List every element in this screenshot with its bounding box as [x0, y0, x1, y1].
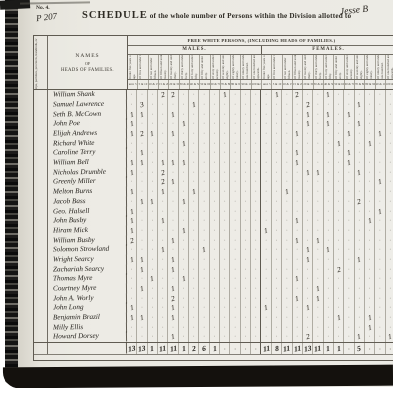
tally-cell: · — [260, 274, 271, 284]
tally-cell: 1 — [293, 294, 303, 304]
empty-cell-dot: · — [141, 92, 143, 98]
tally-cell: · — [282, 245, 292, 255]
empty-cell-dot: · — [213, 189, 215, 195]
empty-cell-dot: · — [224, 141, 226, 147]
tally-cell: · — [282, 158, 292, 168]
tally-mark: 1 — [294, 148, 300, 158]
tally-cell: · — [137, 303, 147, 313]
tally-cell: 1 — [365, 323, 375, 333]
empty-cell-dot: · — [203, 325, 205, 331]
tally-mark: 1 — [377, 177, 383, 187]
empty-cell-dot: · — [317, 267, 319, 273]
empty-cell-dot: · — [244, 257, 246, 263]
tally-cell: · — [148, 177, 158, 187]
tally-cell: · — [375, 148, 385, 158]
empty-cell-dot: · — [369, 209, 371, 215]
tally-mark: 1 — [305, 245, 311, 255]
tally-cell: · — [158, 274, 168, 284]
total-value: 11 — [169, 343, 178, 354]
tally-cell: · — [158, 226, 168, 236]
tally-cell: · — [344, 313, 354, 323]
tally-cell: · — [355, 245, 365, 255]
tally-mark: 1 — [160, 158, 166, 168]
tally-cell: · — [334, 236, 344, 246]
empty-cell-dot: · — [296, 121, 298, 127]
tally-cell: · — [179, 129, 189, 139]
tally-cell: 1 — [189, 100, 199, 110]
empty-cell-dot: · — [265, 170, 267, 176]
empty-cell-dot: · — [141, 179, 143, 185]
empty-cell-dot: · — [327, 199, 329, 205]
tally-mark: 1 — [305, 168, 311, 178]
males-header: MALES. — [128, 46, 262, 54]
totals-cell: 1 — [148, 343, 158, 354]
empty-cell-dot: · — [224, 305, 226, 311]
empty-cell-dot: · — [296, 179, 298, 185]
tally-cell: · — [220, 274, 230, 284]
empty-cell-dot: · — [348, 296, 350, 302]
empty-cell-dot: · — [369, 267, 371, 273]
empty-cell-dot: · — [307, 276, 309, 282]
table-row: Thomas Myre··1··1··········1········· — [34, 274, 393, 284]
tally-mark: 1 — [377, 129, 383, 139]
empty-cell-dot: · — [275, 150, 277, 156]
tally-cell: · — [158, 265, 168, 275]
empty-cell-dot: · — [151, 92, 153, 98]
empty-cell-dot: · — [358, 131, 360, 137]
tally-cell: · — [355, 148, 365, 158]
age-column-label-text: Of seventy and under eighty. — [355, 55, 365, 79]
table-row: Benjamin Brazil11··1···············1··1·… — [34, 313, 393, 323]
tally-cell: 1 — [127, 216, 137, 226]
empty-total-dot: · — [379, 347, 381, 353]
empty-cell-dot: · — [162, 296, 164, 302]
district-cell — [34, 274, 48, 284]
tally-cell: · — [137, 323, 147, 333]
tally-cell: · — [272, 207, 282, 217]
empty-cell-dot: · — [379, 150, 381, 156]
tally-cell: · — [303, 207, 313, 217]
empty-cell-dot: · — [213, 267, 215, 273]
empty-cell-dot: · — [234, 238, 236, 244]
empty-cell-dot: · — [317, 160, 319, 166]
tally-cell: · — [375, 110, 385, 120]
tally-mark: 1 — [346, 110, 352, 120]
tally-cell: · — [260, 158, 271, 168]
tally-cell: · — [303, 177, 313, 187]
tally-cell: · — [334, 274, 344, 284]
empty-cell-dot: · — [193, 199, 195, 205]
tally-mark: 1 — [139, 110, 145, 120]
empty-cell-dot: · — [151, 121, 153, 127]
tally-mark: 1 — [356, 119, 362, 129]
empty-cell-dot: · — [317, 179, 319, 185]
tally-cell: · — [303, 187, 313, 197]
tally-cell: 1 — [386, 332, 393, 342]
tally-mark: 2 — [305, 100, 311, 110]
empty-cell-dot: · — [162, 257, 164, 263]
empty-cell-dot: · — [296, 199, 298, 205]
tally-cell: · — [260, 90, 271, 100]
empty-cell-dot: · — [327, 141, 329, 147]
empty-cell-dot: · — [255, 131, 257, 137]
tally-cell: · — [344, 332, 354, 342]
empty-cell-dot: · — [244, 247, 246, 253]
empty-cell-dot: · — [213, 325, 215, 331]
empty-cell-dot: · — [141, 189, 143, 195]
tally-cell: · — [210, 294, 220, 304]
empty-cell-dot: · — [193, 150, 195, 156]
table-row: Elijah Andrews121·1···········1····1··1· — [34, 129, 393, 139]
tally-cell: · — [230, 274, 240, 284]
tally-cell: · — [293, 100, 303, 110]
tally-cell: · — [365, 148, 375, 158]
empty-cell-dot: · — [203, 170, 205, 176]
empty-cell-dot: · — [224, 238, 226, 244]
age-column-label: Of thirty and under forty. — [314, 55, 324, 79]
age-column-label-text: Of twenty and under thirty. — [303, 55, 313, 79]
tally-cell: · — [230, 255, 240, 265]
empty-cell-dot: · — [286, 150, 288, 156]
tally-cell: · — [386, 100, 393, 110]
tally-cell: · — [324, 148, 334, 158]
empty-cell-dot: · — [141, 334, 143, 340]
tally-cell: · — [344, 323, 354, 333]
age-column-abbrev: 15 & 20 — [293, 80, 303, 89]
totals-cell: 11 — [293, 343, 303, 354]
empty-cell-dot: · — [327, 102, 329, 108]
tally-cell: · — [386, 294, 393, 304]
tally-cell: · — [260, 265, 271, 275]
tally-cell: · — [334, 100, 344, 110]
empty-cell-dot: · — [234, 199, 236, 205]
empty-cell-dot: · — [296, 209, 298, 215]
tally-cell: · — [241, 158, 251, 168]
tally-cell: · — [324, 187, 334, 197]
empty-cell-dot: · — [244, 286, 246, 292]
tally-mark: 1 — [170, 265, 176, 275]
tally-mark: 1 — [170, 332, 176, 342]
empty-cell-dot: · — [234, 325, 236, 331]
empty-cell-dot: · — [203, 102, 205, 108]
tally-cell: · — [272, 119, 282, 129]
district-cell — [34, 187, 48, 197]
empty-cell-dot: · — [286, 179, 288, 185]
table-row: Jacob Bass·11··1················2··· — [34, 197, 393, 207]
empty-cell-dot: · — [203, 160, 205, 166]
tally-cell: · — [355, 90, 365, 100]
empty-cell-dot: · — [389, 179, 391, 185]
tally-cell: · — [137, 236, 147, 246]
empty-cell-dot: · — [193, 179, 195, 185]
tally-cell: · — [189, 119, 199, 129]
tally-cell: · — [344, 294, 354, 304]
tally-cell: · — [158, 236, 168, 246]
empty-cell-dot: · — [244, 92, 246, 98]
empty-cell-dot: · — [255, 286, 257, 292]
tally-cell: · — [313, 100, 323, 110]
tally-cell: · — [137, 332, 147, 342]
empty-cell-dot: · — [182, 247, 184, 253]
table-row: Hiram Mick1····1·······1············ — [34, 226, 393, 236]
tally-mark: 2 — [160, 168, 166, 178]
empty-cell-dot: · — [389, 247, 391, 253]
tally-cell: · — [158, 332, 168, 342]
empty-cell-dot: · — [358, 238, 360, 244]
tally-cell: · — [158, 294, 168, 304]
tally-cell: · — [241, 216, 251, 226]
tally-cell: · — [179, 90, 189, 100]
tally-cell: · — [272, 187, 282, 197]
empty-cell-dot: · — [131, 179, 133, 185]
total-value: 13 — [127, 343, 136, 354]
empty-cell-dot: · — [389, 131, 391, 137]
tally-cell: · — [220, 187, 230, 197]
tally-cell: 1 — [127, 119, 137, 129]
tally-cell: · — [282, 284, 292, 294]
empty-cell-dot: · — [379, 267, 381, 273]
empty-cell-dot: · — [348, 238, 350, 244]
tally-cell: · — [168, 245, 178, 255]
age-column-label: Of fifty and under sixty. — [200, 55, 210, 79]
empty-cell-dot: · — [369, 238, 371, 244]
empty-cell-dot: · — [224, 121, 226, 127]
tally-mark: 1 — [129, 207, 135, 217]
tally-cell: · — [199, 177, 209, 187]
tally-cell: · — [272, 265, 282, 275]
tally-cell: · — [189, 168, 199, 178]
empty-cell-dot: · — [369, 92, 371, 98]
head-of-family-name: Samuel Lawrence — [48, 99, 127, 110]
empty-cell-dot: · — [286, 102, 288, 108]
empty-cell-dot: · — [255, 150, 257, 156]
empty-cell-dot: · — [338, 189, 340, 195]
tally-cell: · — [386, 265, 393, 275]
males-females-header: MALES. FEMALES. — [128, 46, 393, 55]
empty-cell-dot: · — [255, 228, 257, 234]
tally-cell: · — [375, 313, 385, 323]
age-column-label: Of fifty and under sixty. — [334, 55, 344, 79]
tally-cell: · — [313, 90, 323, 100]
tally-cell: · — [241, 265, 251, 275]
table-bottom-strip — [34, 354, 393, 360]
tally-cell: 2 — [158, 177, 168, 187]
empty-cell-dot: · — [162, 112, 164, 118]
empty-cell-dot: · — [317, 189, 319, 195]
empty-cell-dot: · — [255, 325, 257, 331]
tally-cell: · — [220, 207, 230, 217]
age-column-abbrev: 40 & 50 — [324, 80, 334, 89]
tally-cell: 1 — [260, 303, 271, 313]
tally-cell: · — [241, 168, 251, 178]
empty-cell-dot: · — [389, 257, 391, 263]
tally-cell: · — [158, 284, 168, 294]
empty-cell-dot: · — [296, 247, 298, 253]
empty-cell-dot: · — [358, 150, 360, 156]
empty-cell-dot: · — [379, 189, 381, 195]
age-column-label-text: Of sixty and under seventy. — [211, 55, 221, 79]
empty-cell-dot: · — [389, 170, 391, 176]
empty-cell-dot: · — [327, 189, 329, 195]
empty-cell-dot: · — [275, 267, 277, 273]
tally-cell: · — [158, 197, 168, 207]
age-column-abbrev: 30 & 40 — [180, 80, 190, 89]
tally-cell: 1 — [168, 332, 178, 342]
tally-cell: · — [313, 245, 323, 255]
empty-cell-dot: · — [265, 296, 267, 302]
tally-cell: · — [344, 216, 354, 226]
tally-cell: 1 — [324, 245, 334, 255]
empty-cell-dot: · — [379, 325, 381, 331]
tally-cell: · — [355, 216, 365, 226]
empty-cell-dot: · — [389, 286, 391, 292]
empty-cell-dot: · — [182, 189, 184, 195]
empty-cell-dot: · — [244, 112, 246, 118]
tally-cell: · — [127, 274, 137, 284]
age-column-label: Of twenty and under thirty. — [169, 55, 179, 79]
tally-mark: 3 — [139, 100, 145, 110]
tally-cell: · — [179, 265, 189, 275]
tally-cell: 1 — [303, 255, 313, 265]
empty-cell-dot: · — [224, 199, 226, 205]
age-column-label-text: Of ten and under fifteen. — [283, 55, 293, 79]
tally-cell: · — [230, 168, 240, 178]
tally-cell: · — [355, 294, 365, 304]
tally-cell: · — [282, 255, 292, 265]
tally-cell: · — [324, 294, 334, 304]
empty-cell-dot: · — [182, 267, 184, 273]
tally-cell: 1 — [375, 177, 385, 187]
empty-cell-dot: · — [193, 92, 195, 98]
tally-cell: · — [313, 323, 323, 333]
tally-cell: · — [168, 139, 178, 149]
empty-cell-dot: · — [296, 334, 298, 340]
tally-cell: · — [189, 265, 199, 275]
empty-cell-dot: · — [255, 315, 257, 321]
tally-cell: · — [334, 148, 344, 158]
tally-cell: 2 — [355, 197, 365, 207]
tally-mark: 1 — [356, 168, 362, 178]
age-column-label: Of fifteen and under twenty. — [159, 55, 169, 79]
tally-cell: · — [137, 119, 147, 129]
tally-cell: · — [148, 100, 158, 110]
empty-cell-dot: · — [338, 296, 340, 302]
age-column-abbrev: 5 & 10 — [138, 80, 148, 89]
tally-cell: 1 — [313, 168, 323, 178]
empty-cell-dot: · — [389, 160, 391, 166]
tally-cell: 1 — [127, 207, 137, 217]
empty-cell-dot: · — [369, 305, 371, 311]
tally-cell: · — [365, 226, 375, 236]
tally-cell: · — [272, 284, 282, 294]
empty-cell-dot: · — [338, 257, 340, 263]
empty-cell-dot: · — [379, 238, 381, 244]
tally-cell: · — [230, 158, 240, 168]
tally-cell: · — [189, 284, 199, 294]
empty-cell-dot: · — [379, 315, 381, 321]
empty-cell-dot: · — [162, 325, 164, 331]
empty-cell-dot: · — [255, 218, 257, 224]
tally-cell: · — [189, 303, 199, 313]
table-row: Wright Searcy11··1············1····1··· — [34, 255, 393, 265]
empty-cell-dot: · — [151, 102, 153, 108]
tally-cell: · — [344, 177, 354, 187]
empty-cell-dot: · — [379, 257, 381, 263]
empty-cell-dot: · — [348, 170, 350, 176]
empty-cell-dot: · — [338, 286, 340, 292]
tally-cell: · — [293, 245, 303, 255]
tally-cell: · — [189, 245, 199, 255]
empty-cell-dot: · — [348, 218, 350, 224]
tally-cell: · — [189, 90, 199, 100]
age-column-label-text: Of five and under ten. — [272, 55, 282, 79]
tally-cell: · — [282, 129, 292, 139]
tally-cell: · — [293, 313, 303, 323]
tally-cell: · — [158, 129, 168, 139]
empty-cell-dot: · — [348, 257, 350, 263]
tally-cell: · — [282, 139, 292, 149]
empty-cell-dot: · — [193, 257, 195, 263]
tally-cell: · — [375, 197, 385, 207]
empty-cell-dot: · — [358, 209, 360, 215]
empty-cell-dot: · — [317, 102, 319, 108]
tally-cell: · — [179, 255, 189, 265]
empty-cell-dot: · — [286, 267, 288, 273]
tally-cell: · — [375, 100, 385, 110]
tally-mark: 1 — [367, 313, 373, 323]
tally-cell: · — [199, 207, 209, 217]
tally-cell: · — [158, 303, 168, 313]
empty-cell-dot: · — [213, 334, 215, 340]
empty-cell-dot: · — [286, 218, 288, 224]
tally-cell: · — [272, 158, 282, 168]
tally-cell: · — [313, 274, 323, 284]
table-row: William Bell11·111··········1····1···· — [34, 158, 393, 168]
tally-cell: · — [158, 139, 168, 149]
tally-cell: · — [127, 177, 137, 187]
district-cell — [34, 313, 48, 323]
tally-cell: · — [375, 158, 385, 168]
empty-cell-dot: · — [327, 160, 329, 166]
empty-cell-dot: · — [265, 334, 267, 340]
tally-cell: · — [282, 274, 292, 284]
empty-cell-dot: · — [255, 170, 257, 176]
tally-cell: · — [189, 226, 199, 236]
tally-cell: · — [210, 110, 220, 120]
empty-cell-dot: · — [286, 305, 288, 311]
tally-cell: · — [282, 294, 292, 304]
tally-mark: 1 — [284, 187, 290, 197]
tally-cell: · — [375, 265, 385, 275]
empty-cell-dot: · — [369, 228, 371, 234]
totals-cell: 13 — [137, 343, 147, 354]
age-column-label: Of ten and under fifteen. — [283, 55, 293, 79]
page-title: SCHEDULE of the whole number of Persons … — [82, 10, 382, 21]
empty-cell-dot: · — [213, 131, 215, 137]
tally-cell: · — [199, 216, 209, 226]
empty-cell-dot: · — [255, 199, 257, 205]
tally-cell: 1 — [127, 187, 137, 197]
empty-cell-dot: · — [348, 92, 350, 98]
tally-cell: · — [272, 226, 282, 236]
empty-cell-dot: · — [327, 218, 329, 224]
tally-cell: · — [230, 265, 240, 275]
age-column-abbrev: 50 & 60 — [200, 80, 210, 89]
empty-cell-dot: · — [379, 334, 381, 340]
females-header: FEMALES. — [262, 46, 393, 54]
age-column-abbrev: 30 & 40 — [314, 80, 324, 89]
empty-cell-dot: · — [213, 112, 215, 118]
